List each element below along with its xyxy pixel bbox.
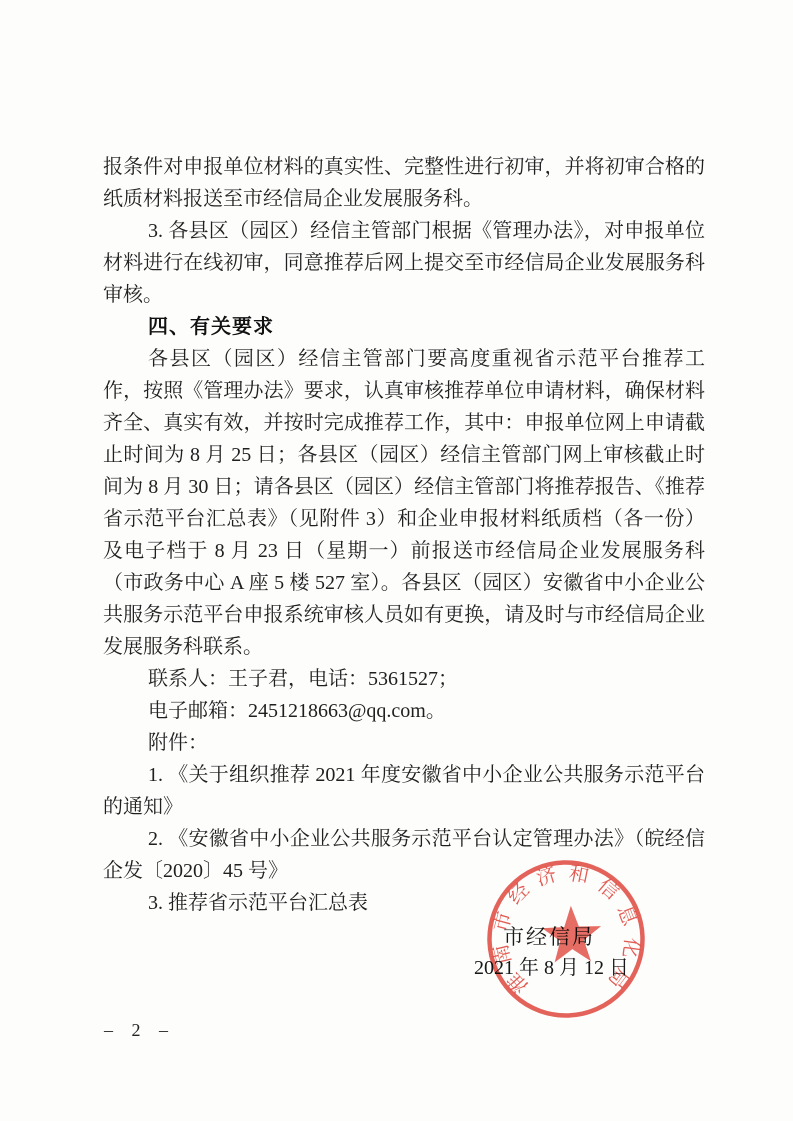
document-page: 报条件对申报单位材料的真实性、完整性进行初审，并将初审合格的纸质材料报送至市经信…: [0, 0, 793, 1121]
section-heading: 四、有关要求: [103, 311, 705, 343]
email-line: 电子邮箱：2451218663@qq.com。: [103, 695, 705, 727]
page-number: – 2 –: [104, 1020, 175, 1041]
attachments-label: 附件：: [103, 727, 705, 759]
body-text: 报条件对申报单位材料的真实性、完整性进行初审，并将初审合格的纸质材料报送至市经信…: [103, 151, 705, 919]
paragraph: 各县区（园区）经信主管部门要高度重视省示范平台推荐工作，按照《管理办法》要求，认…: [103, 343, 705, 663]
attachment-item: 1. 《关于组织推荐 2021 年度安徽省中小企业公共服务示范平台的通知》: [103, 759, 705, 823]
contact-line: 联系人：王子君，电话：5361527；: [103, 663, 705, 695]
paragraph: 3. 各县区（园区）经信主管部门根据《管理办法》，对申报单位材料进行在线初审，同…: [103, 215, 705, 311]
seal-star-icon: [541, 905, 602, 963]
official-seal: 淮南市经济和信息化局: [481, 854, 651, 1024]
paragraph: 报条件对申报单位材料的真实性、完整性进行初审，并将初审合格的纸质材料报送至市经信…: [103, 151, 705, 215]
